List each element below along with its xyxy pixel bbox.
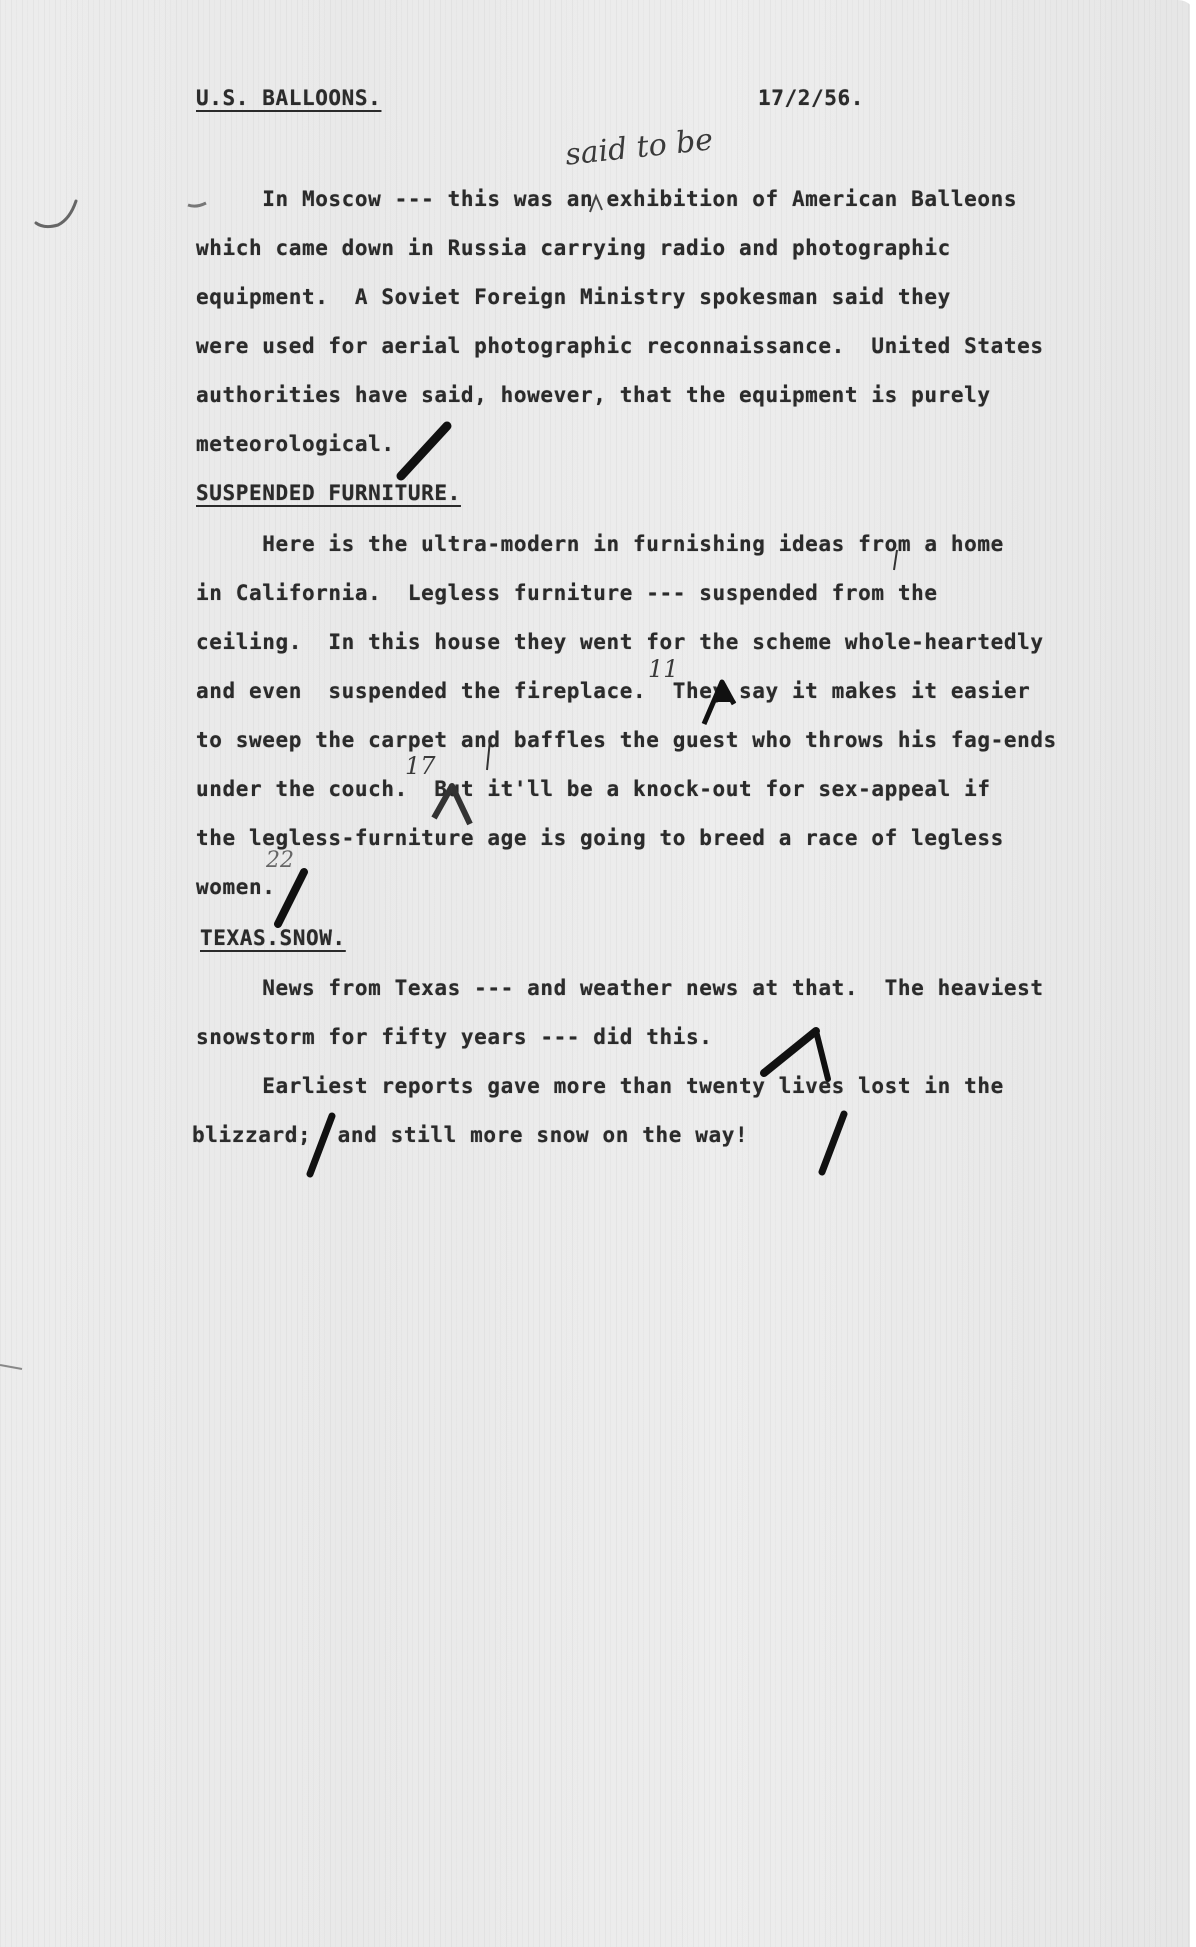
cut-slash-mark-icon — [270, 866, 310, 928]
paragraph-line: which came down in Russia carrying radio… — [196, 236, 951, 260]
paragraph-line: were used for aerial photographic reconn… — [196, 334, 1044, 358]
margin-number-11: 11 — [648, 655, 679, 683]
paragraph-line: Earliest reports gave more than twenty l… — [196, 1074, 1004, 1098]
section-heading: SUSPENDED FURNITURE. — [196, 481, 461, 505]
paragraph-line: the legless-furniture age is going to br… — [196, 826, 1004, 850]
paragraph-line: and even suspended the fireplace. They s… — [196, 679, 1030, 703]
document-date: 17/2/56. — [758, 86, 864, 110]
cut-caret-mark-icon — [700, 676, 740, 728]
margin-number-17: 17 — [405, 752, 436, 780]
cut-slash-mark-icon — [814, 1108, 854, 1178]
paragraph-line: News from Texas --- and weather news at … — [196, 976, 1044, 1000]
paragraph-line: meteorological. — [196, 432, 395, 456]
comma-mark-icon — [892, 548, 900, 572]
paragraph-line: in California. Legless furniture --- sus… — [196, 581, 938, 605]
paragraph-line: blizzard; and still more snow on the way… — [192, 1123, 748, 1147]
paragraph-line: In Moscow --- this was an exhibition of … — [196, 187, 1017, 211]
cut-slash-mark-icon — [302, 1110, 342, 1180]
paragraph-line: authorities have said, however, that the… — [196, 383, 991, 407]
paragraph-line: under the couch. But it'll be a knock-ou… — [196, 777, 991, 801]
section-heading: TEXAS.SNOW. — [200, 926, 346, 950]
paragraph-line: equipment. A Soviet Foreign Ministry spo… — [196, 285, 951, 309]
document-page: U.S. BALLOONS. 17/2/56. said to be In Mo… — [0, 0, 1196, 1947]
document-title: U.S. BALLOONS. — [196, 86, 381, 110]
margin-scribble-icon — [30, 195, 80, 240]
page-edge — [1190, 0, 1196, 1947]
paragraph-line: Here is the ultra-modern in furnishing i… — [196, 532, 1004, 556]
paragraph-line: women. — [196, 875, 275, 899]
paragraph-line: to sweep the carpet and baffles the gues… — [196, 728, 1057, 752]
margin-tick-icon — [0, 1362, 26, 1372]
comma-mark-icon — [484, 738, 494, 774]
cut-slash-mark-icon — [395, 420, 455, 482]
paragraph-line: ceiling. In this house they went for the… — [196, 630, 1044, 654]
paragraph-line: snowstorm for fifty years --- did this. — [196, 1025, 712, 1049]
cut-caret-mark-icon — [430, 782, 474, 828]
handwritten-insertion: said to be — [564, 122, 715, 172]
